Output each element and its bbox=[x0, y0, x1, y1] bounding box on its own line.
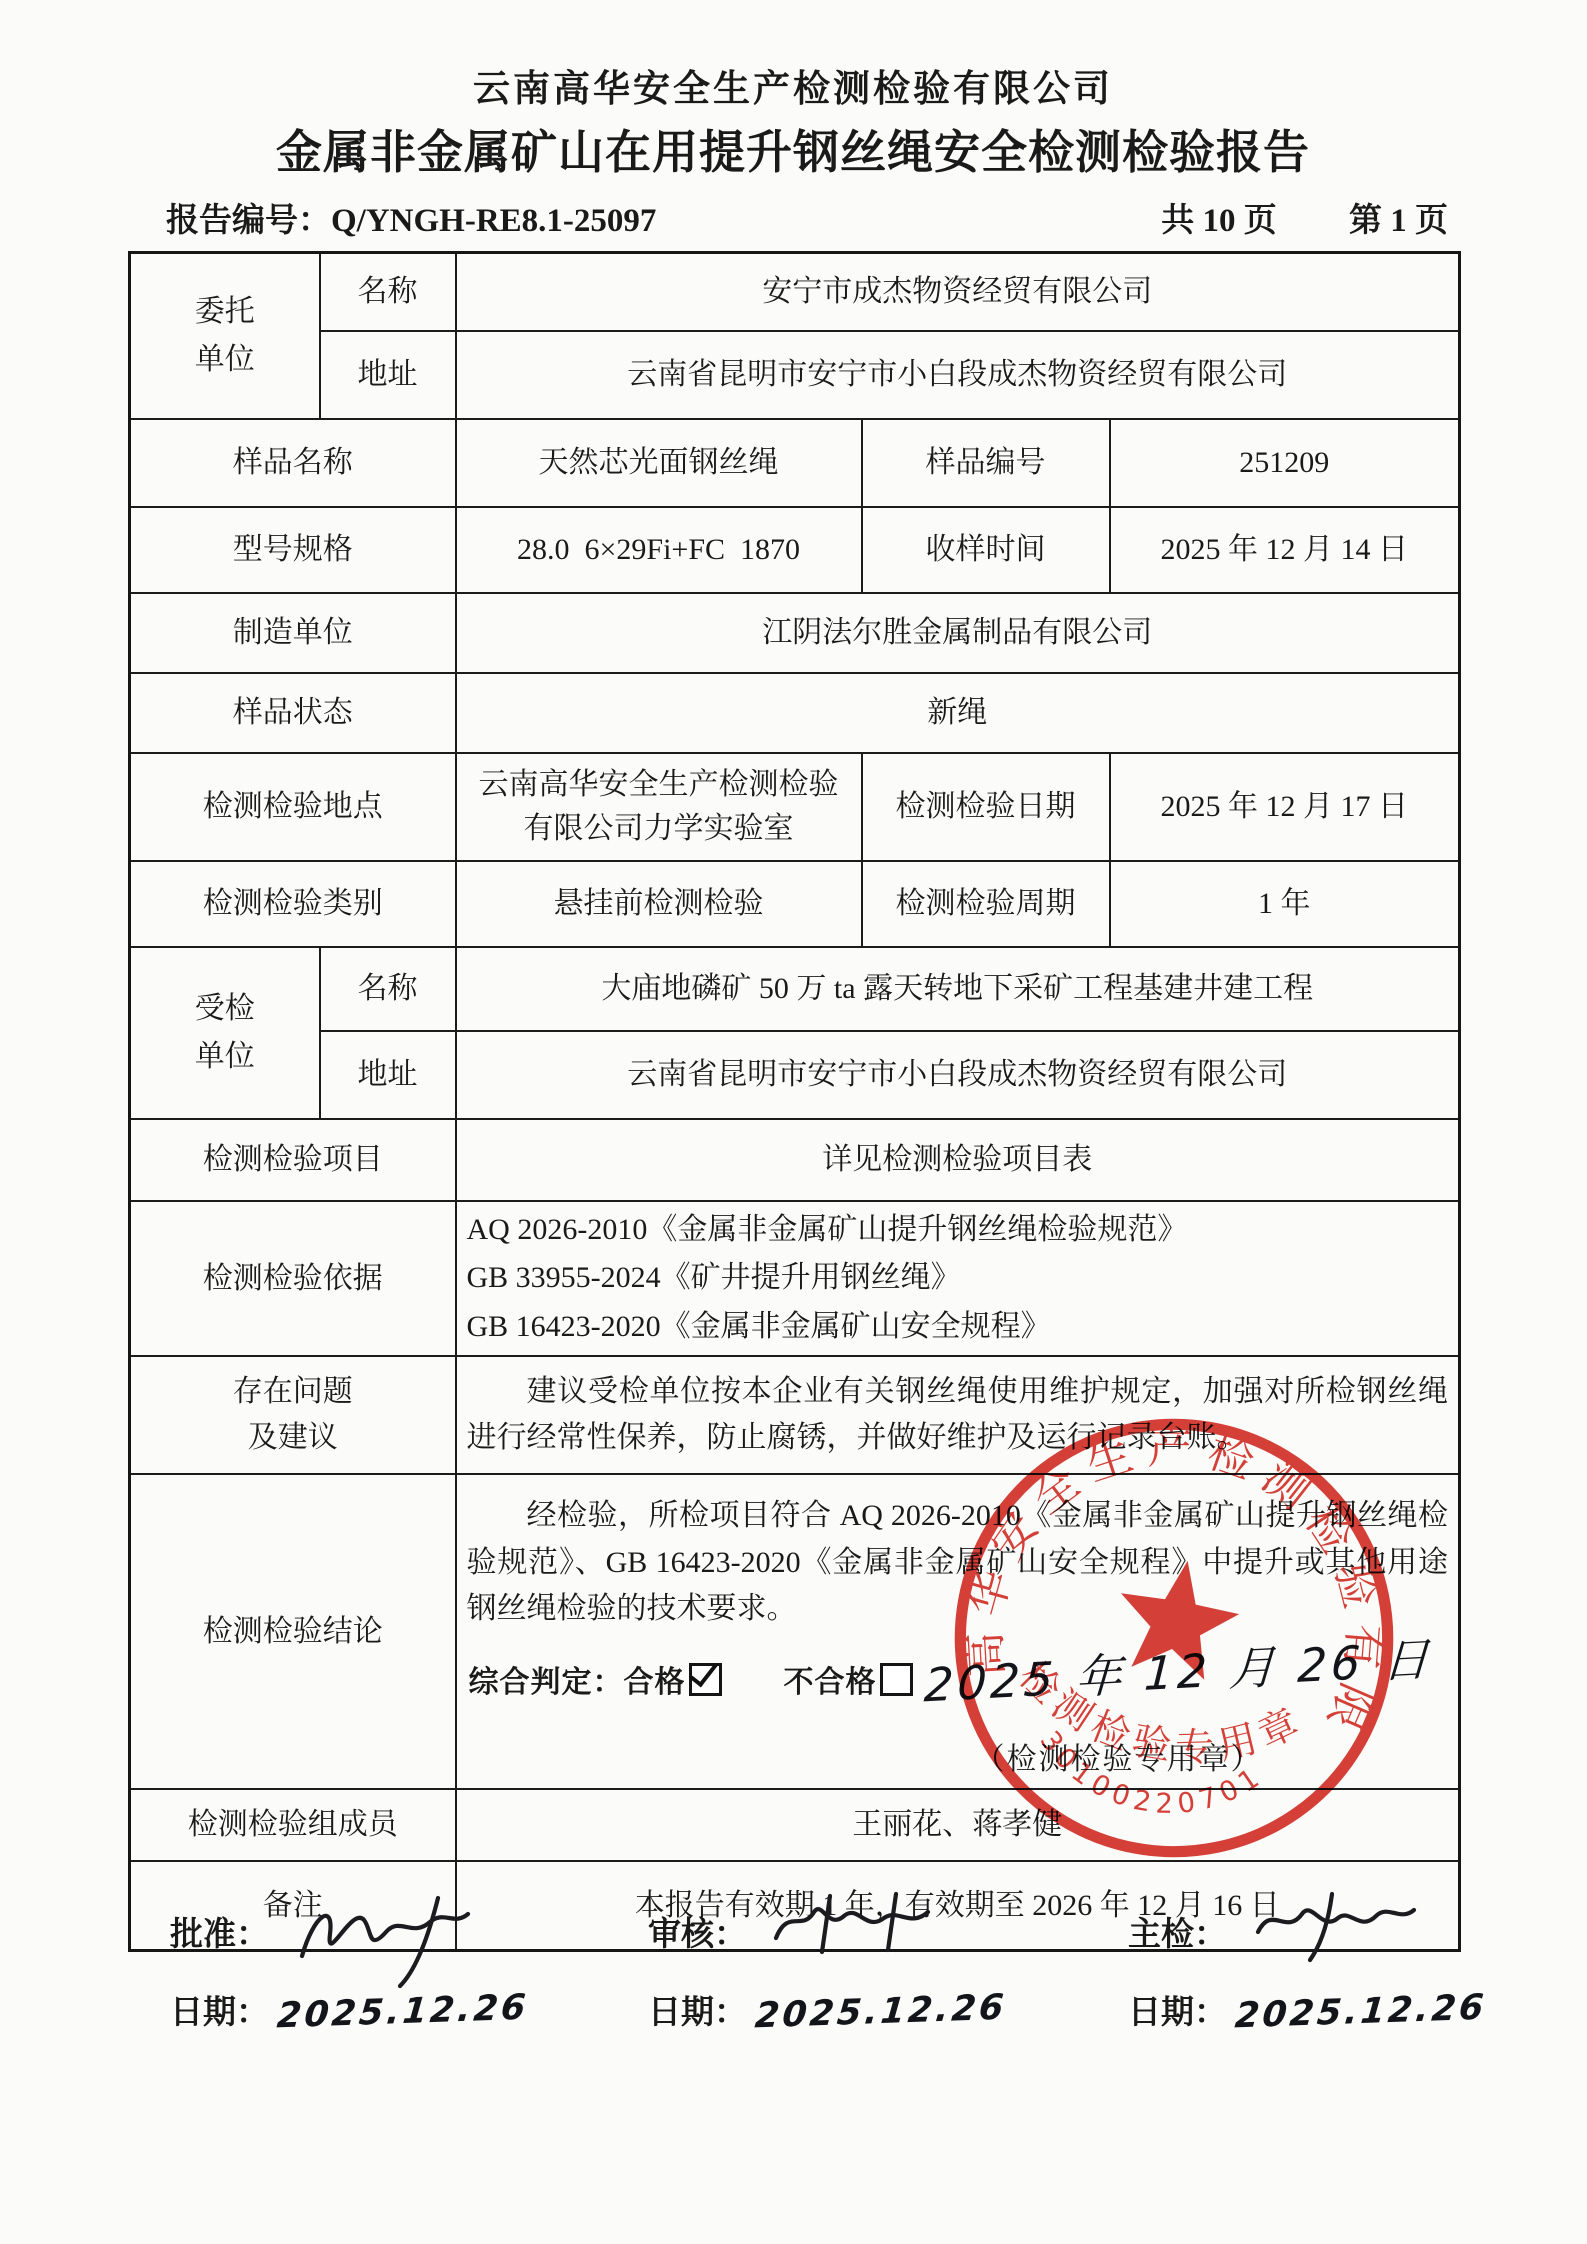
spec-value: 28.0 6×29Fi+FC 1870 bbox=[456, 507, 862, 593]
sample-name-label: 样品名称 bbox=[130, 419, 456, 507]
client-addr-value: 云南省昆明市安宁市小白段成杰物资经贸有限公司 bbox=[456, 331, 1460, 419]
page-counter: 共 10 页 第 1 页 bbox=[1161, 194, 1448, 241]
table-row: 型号规格 28.0 6×29Fi+FC 1870 收样时间 2025 年 12 … bbox=[130, 507, 1460, 593]
spec-label: 型号规格 bbox=[130, 507, 456, 593]
chief-date-value: 2025.12.26 bbox=[1234, 1988, 1489, 2037]
inspect-type-value: 悬挂前检测检验 bbox=[456, 861, 862, 947]
table-row: 样品名称 天然芯光面钢丝绳 样品编号 251209 bbox=[130, 419, 1460, 507]
problems-label: 存在问题及建议 bbox=[226, 1369, 360, 1462]
table-row: 受检单位 名称 大庙地磷矿 50 万 ta 露天转地下采矿工程基建井建工程 bbox=[130, 947, 1460, 1031]
review-date-value: 2025.12.26 bbox=[754, 1988, 1009, 2037]
inspection-seal-stamp: 云南高华安全生产检测检验有限公司 检测检验专用章 5301002207016 bbox=[903, 1367, 1445, 1909]
basis-line-3: GB 16423-2020《金属非金属矿山安全规程》 bbox=[467, 1303, 1449, 1352]
sample-name-value: 天然芯光面钢丝绳 bbox=[456, 419, 862, 507]
items-label: 检测检验项目 bbox=[130, 1119, 456, 1201]
verdict-label: 综合判定： bbox=[469, 1666, 624, 1699]
items-value: 详见检测检验项目表 bbox=[456, 1119, 1460, 1201]
table-row: 地址 云南省昆明市安宁市小白段成杰物资经贸有限公司 bbox=[130, 1031, 1460, 1119]
sample-state-label: 样品状态 bbox=[130, 673, 456, 753]
reviewer-signature bbox=[766, 1886, 976, 1976]
review-block: 审核： 日期： 2025.12.26 bbox=[648, 1908, 1078, 2033]
chief-date-label: 日期： bbox=[1128, 1995, 1227, 2031]
table-row: 检测检验地点 云南高华安全生产检测检验有限公司力学实验室 检测检验日期 2025… bbox=[130, 753, 1460, 861]
table-row: 检测检验依据 AQ 2026-2010《金属非金属矿山提升钢丝绳检验规范》 GB… bbox=[130, 1201, 1460, 1357]
inspect-date-label: 检测检验日期 bbox=[862, 753, 1110, 861]
sample-no-label: 样品编号 bbox=[862, 419, 1110, 507]
table-row: 样品状态 新绳 bbox=[130, 673, 1460, 753]
basis-value-cell: AQ 2026-2010《金属非金属矿山提升钢丝绳检验规范》 GB 33955-… bbox=[456, 1201, 1460, 1357]
client-group-cell: 委托单位 bbox=[130, 253, 320, 419]
team-label: 检测检验组成员 bbox=[130, 1789, 456, 1861]
pages-total: 共 10 页 bbox=[1161, 203, 1277, 239]
inspected-group-label: 受检单位 bbox=[192, 985, 258, 1081]
approve-block: 批准： 日期： 2025.12.26 bbox=[170, 1908, 600, 2033]
client-addr-label: 地址 bbox=[320, 331, 456, 419]
report-number: 报告编号：Q/YNGH-RE8.1-25097 bbox=[166, 194, 656, 241]
inspect-type-label: 检测检验类别 bbox=[130, 861, 456, 947]
cycle-value: 1 年 bbox=[1110, 861, 1460, 947]
review-date-label: 日期： bbox=[648, 1995, 747, 2031]
stamp-center-text-holder: 检测检验专用章 bbox=[1001, 1650, 1318, 1793]
chief-label: 主检： bbox=[1128, 1917, 1227, 1953]
place-value: 云南高华安全生产检测检验有限公司力学实验室 bbox=[456, 753, 862, 861]
approve-label: 批准： bbox=[170, 1917, 269, 1953]
client-name-value: 安宁市成杰物资经贸有限公司 bbox=[456, 253, 1460, 331]
report-meta-row: 报告编号：Q/YNGH-RE8.1-25097 共 10 页 第 1 页 bbox=[166, 194, 1448, 241]
stamp-center-text: 检测检验专用章 bbox=[1001, 1650, 1318, 1793]
page-current: 第 1 页 bbox=[1349, 203, 1448, 239]
review-label: 审核： bbox=[648, 1917, 747, 1953]
inspected-group-cell: 受检单位 bbox=[130, 947, 320, 1119]
table-row: 制造单位 江阴法尔胜金属制品有限公司 bbox=[130, 593, 1460, 673]
report-number-label: 报告编号： bbox=[166, 203, 331, 239]
conclusion-label: 检测检验结论 bbox=[130, 1474, 456, 1789]
problems-label-cell: 存在问题及建议 bbox=[130, 1356, 456, 1474]
approver-signature bbox=[288, 1886, 518, 1996]
sample-no-value: 251209 bbox=[1110, 419, 1460, 507]
approve-row: 批准： bbox=[170, 1908, 600, 1972]
report-number-value: Q/YNGH-RE8.1-25097 bbox=[331, 203, 656, 239]
table-row: 地址 云南省昆明市安宁市小白段成杰物资经贸有限公司 bbox=[130, 331, 1460, 419]
table-row: 委托单位 名称 安宁市成杰物资经贸有限公司 bbox=[130, 253, 1460, 331]
table-row: 检测检验项目 详见检测检验项目表 bbox=[130, 1119, 1460, 1201]
manufacturer-label: 制造单位 bbox=[130, 593, 456, 673]
client-group-label: 委托单位 bbox=[192, 288, 258, 384]
signature-footer: 批准： 日期： 2025.12.26 审核： 日 bbox=[0, 1908, 1587, 2108]
place-label: 检测检验地点 bbox=[130, 753, 456, 861]
scanned-report-page: 云南高华安全生产检测检验有限公司 金属非金属矿山在用提升钢丝绳安全检测检验报告 … bbox=[0, 0, 1587, 2244]
basis-line-1: AQ 2026-2010《金属非金属矿山提升钢丝绳检验规范》 bbox=[467, 1206, 1449, 1255]
approve-date-row: 日期： 2025.12.26 bbox=[170, 1986, 600, 2033]
report-title: 金属非金属矿山在用提升钢丝绳安全检测检验报告 bbox=[128, 116, 1458, 182]
approve-date-label: 日期： bbox=[170, 1995, 269, 2031]
chief-date-row: 日期： 2025.12.26 bbox=[1128, 1986, 1558, 2033]
basis-label: 检测检验依据 bbox=[130, 1201, 456, 1357]
manufacturer-value: 江阴法尔胜金属制品有限公司 bbox=[456, 593, 1460, 673]
stamp-star bbox=[1109, 1550, 1247, 1683]
inspected-name-label: 名称 bbox=[320, 947, 456, 1031]
pass-checkbox bbox=[689, 1663, 722, 1696]
organization-title: 云南高华安全生产检测检验有限公司 bbox=[128, 58, 1458, 112]
client-name-label: 名称 bbox=[320, 253, 456, 331]
review-date-row: 日期： 2025.12.26 bbox=[648, 1986, 1078, 2033]
cycle-label: 检测检验周期 bbox=[862, 861, 1110, 947]
inspected-name-value: 大庙地磷矿 50 万 ta 露天转地下采矿工程基建井建工程 bbox=[456, 947, 1460, 1031]
receive-time-value: 2025 年 12 月 14 日 bbox=[1110, 507, 1460, 593]
sample-state-value: 新绳 bbox=[456, 673, 1460, 753]
chief-block: 主检： 日期： 2025.12.26 bbox=[1128, 1908, 1558, 2033]
review-row: 审核： bbox=[648, 1908, 1078, 1972]
inspected-addr-label: 地址 bbox=[320, 1031, 456, 1119]
table-row: 检测检验类别 悬挂前检测检验 检测检验周期 1 年 bbox=[130, 861, 1460, 947]
receive-time-label: 收样时间 bbox=[862, 507, 1110, 593]
basis-line-2: GB 33955-2024《矿井提升用钢丝绳》 bbox=[467, 1254, 1449, 1303]
inspected-addr-value: 云南省昆明市安宁市小白段成杰物资经贸有限公司 bbox=[456, 1031, 1460, 1119]
fail-label: 不合格 bbox=[784, 1666, 877, 1699]
pass-label: 合格 bbox=[624, 1666, 686, 1699]
approve-date-value: 2025.12.26 bbox=[276, 1988, 531, 2037]
inspect-date-value: 2025 年 12 月 17 日 bbox=[1110, 753, 1460, 861]
fail-checkbox bbox=[880, 1663, 913, 1696]
chief-row: 主检： bbox=[1128, 1908, 1558, 1972]
